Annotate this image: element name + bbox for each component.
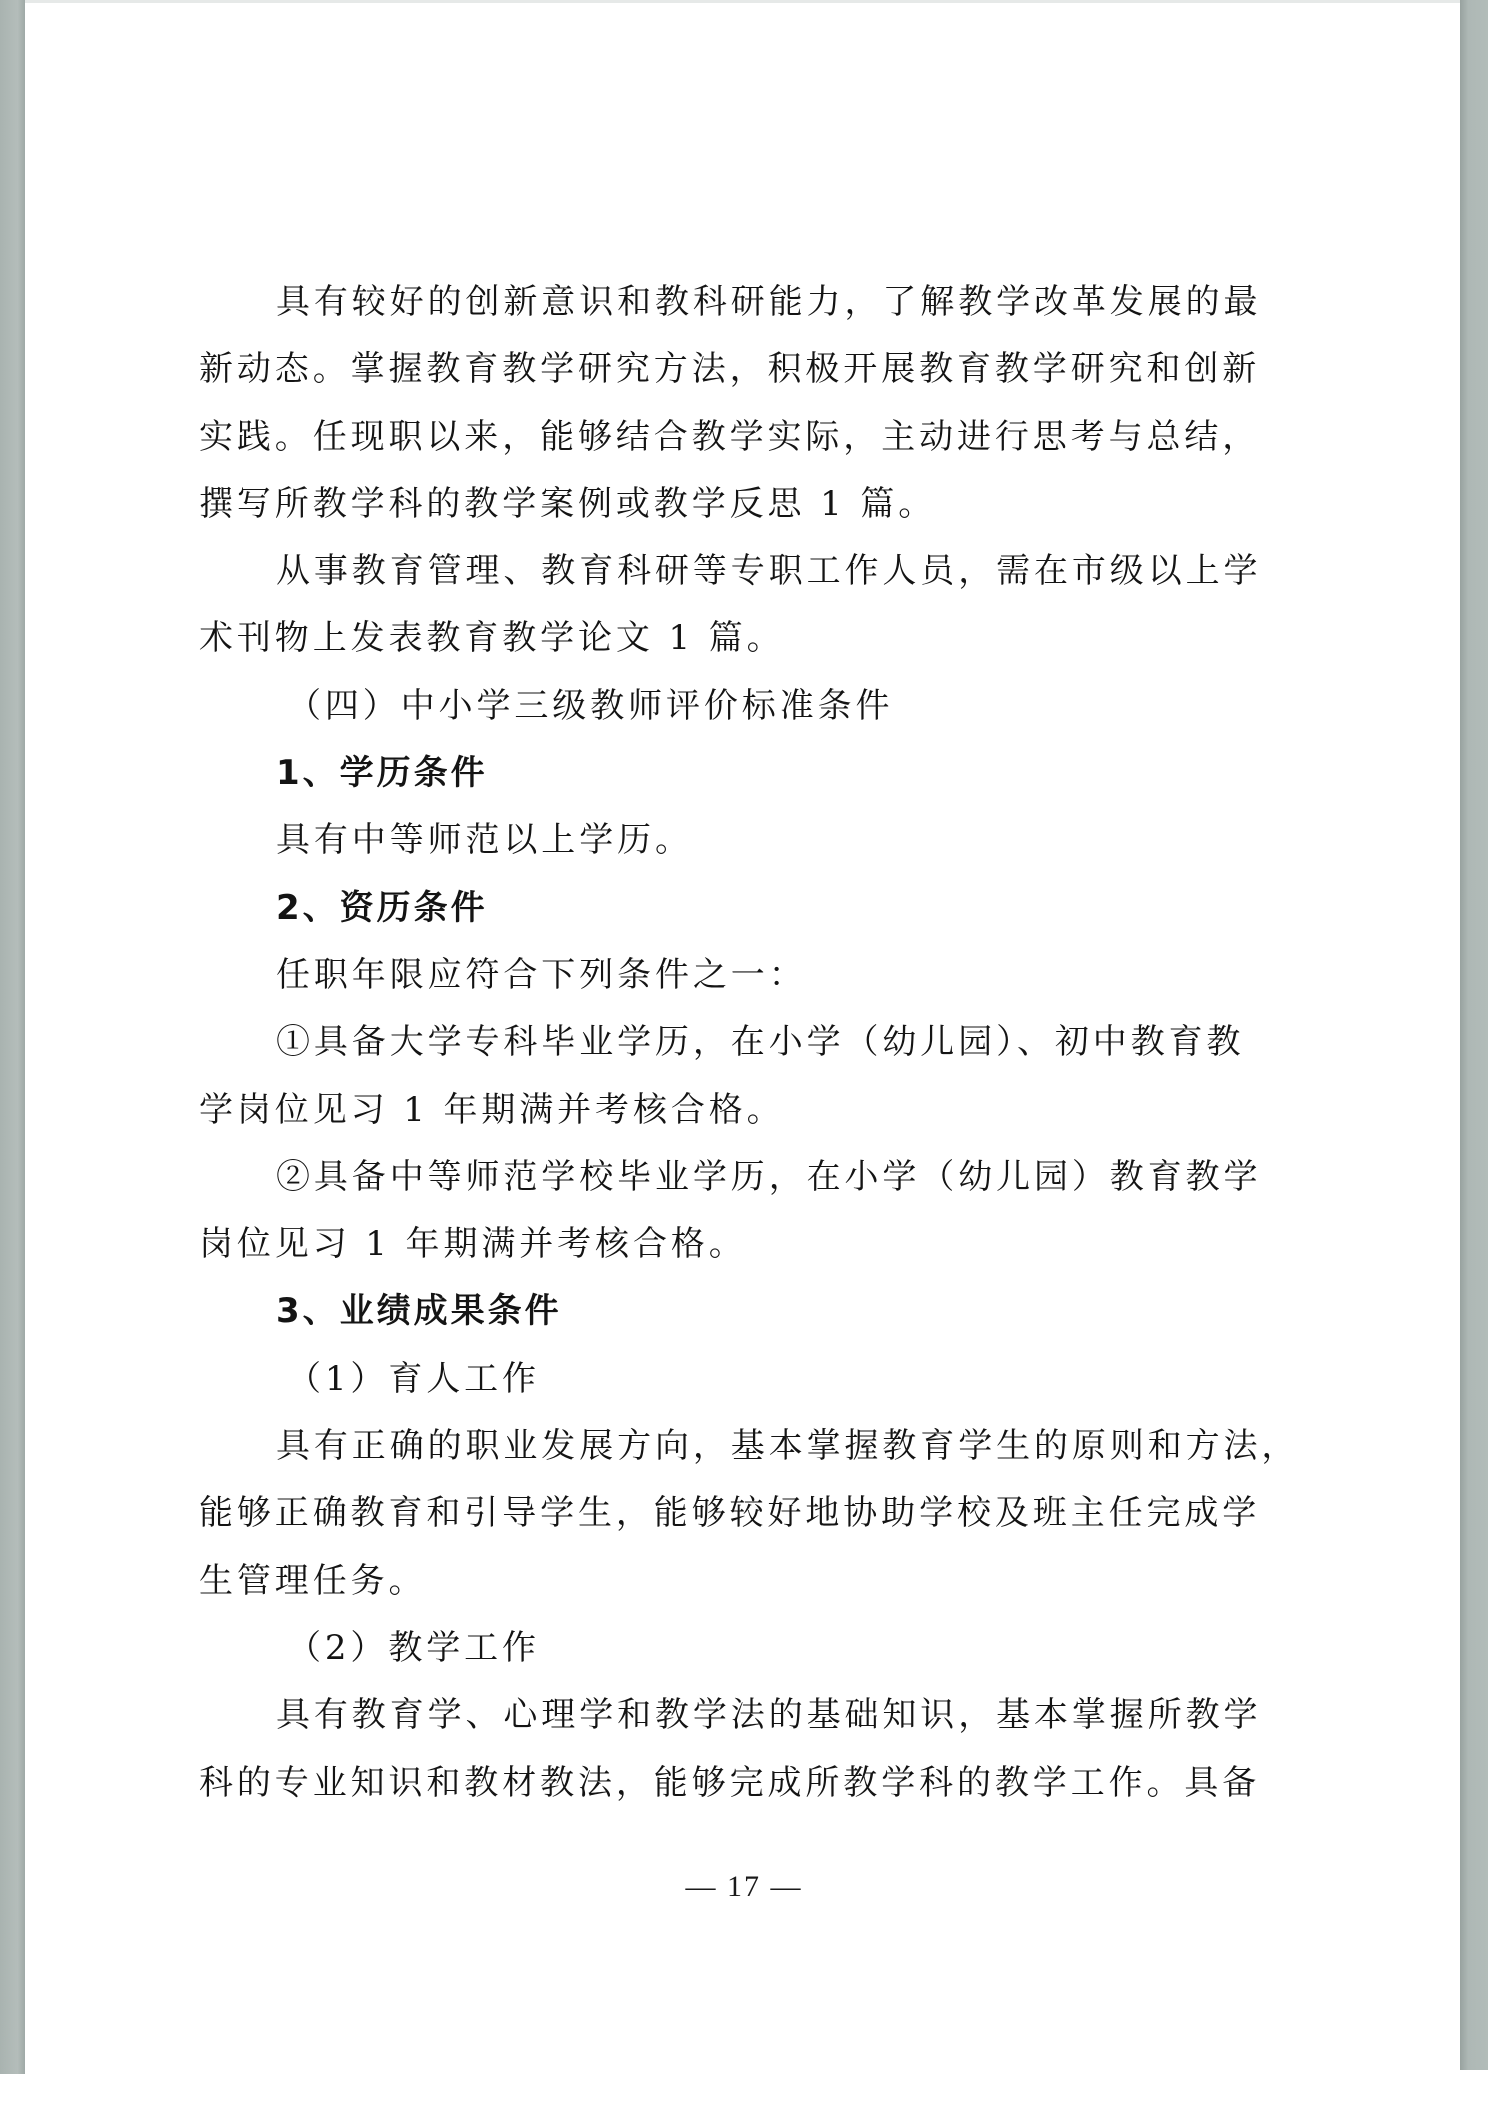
paragraph-line: 岗位见习 1 年期满并考核合格。 xyxy=(199,1221,1271,1288)
paragraph-line: 具有较好的创新意识和教科研能力，了解教学改革发展的最 xyxy=(199,279,1271,346)
paragraph-line: 生管理任务。 xyxy=(199,1558,1271,1625)
paragraph-line: 术刊物上发表教育教学论文 1 篇。 xyxy=(199,615,1271,682)
list-item-1: ①具备大学专科毕业学历，在小学（幼儿园）、初中教育教 xyxy=(199,1019,1271,1086)
paragraph-line: 实践。任现职以来，能够结合教学实际，主动进行思考与总结， xyxy=(199,414,1271,481)
scan-edge-left xyxy=(0,0,25,2074)
paragraph-line: 能够正确教育和引导学生，能够较好地协助学校及班主任完成学 xyxy=(199,1490,1271,1557)
list-item-2: ②具备中等师范学校毕业学历，在小学（幼儿园）教育教学 xyxy=(199,1154,1271,1221)
subsection-heading-education: 1、学历条件 xyxy=(199,750,1271,817)
subsection-heading-achievements: 3、业绩成果条件 xyxy=(199,1288,1271,1355)
subsection-heading-qualification: 2、资历条件 xyxy=(199,885,1271,952)
scan-edge-right xyxy=(1460,0,1488,2070)
section-heading: （四）中小学三级教师评价标准条件 xyxy=(199,683,1271,750)
paragraph-line: 任职年限应符合下列条件之一： xyxy=(199,952,1271,1019)
paragraph-line: 具有正确的职业发展方向，基本掌握教育学生的原则和方法， xyxy=(199,1423,1271,1490)
paragraph-line: 新动态。掌握教育教学研究方法，积极开展教育教学研究和创新 xyxy=(199,346,1271,413)
item-heading-education-work: （1）育人工作 xyxy=(199,1356,1271,1423)
paragraph-line: 具有中等师范以上学历。 xyxy=(199,817,1271,884)
scan-edge-top xyxy=(25,0,1460,3)
paragraph-line: 学岗位见习 1 年期满并考核合格。 xyxy=(199,1087,1271,1154)
document-body: 具有较好的创新意识和教科研能力，了解教学改革发展的最 新动态。掌握教育教学研究方… xyxy=(199,279,1271,1827)
paragraph-line: 科的专业知识和教材教法，能够完成所教学科的教学工作。具备 xyxy=(199,1760,1271,1827)
paragraph-line: 撰写所教学科的教学案例或教学反思 1 篇。 xyxy=(199,481,1271,548)
item-heading-teaching-work: （2）教学工作 xyxy=(199,1625,1271,1692)
page-number: — 17 — xyxy=(0,1870,1488,1904)
paragraph-line: 具有教育学、心理学和教学法的基础知识，基本掌握所教学 xyxy=(199,1692,1271,1759)
paragraph-line: 从事教育管理、教育科研等专职工作人员，需在市级以上学 xyxy=(199,548,1271,615)
